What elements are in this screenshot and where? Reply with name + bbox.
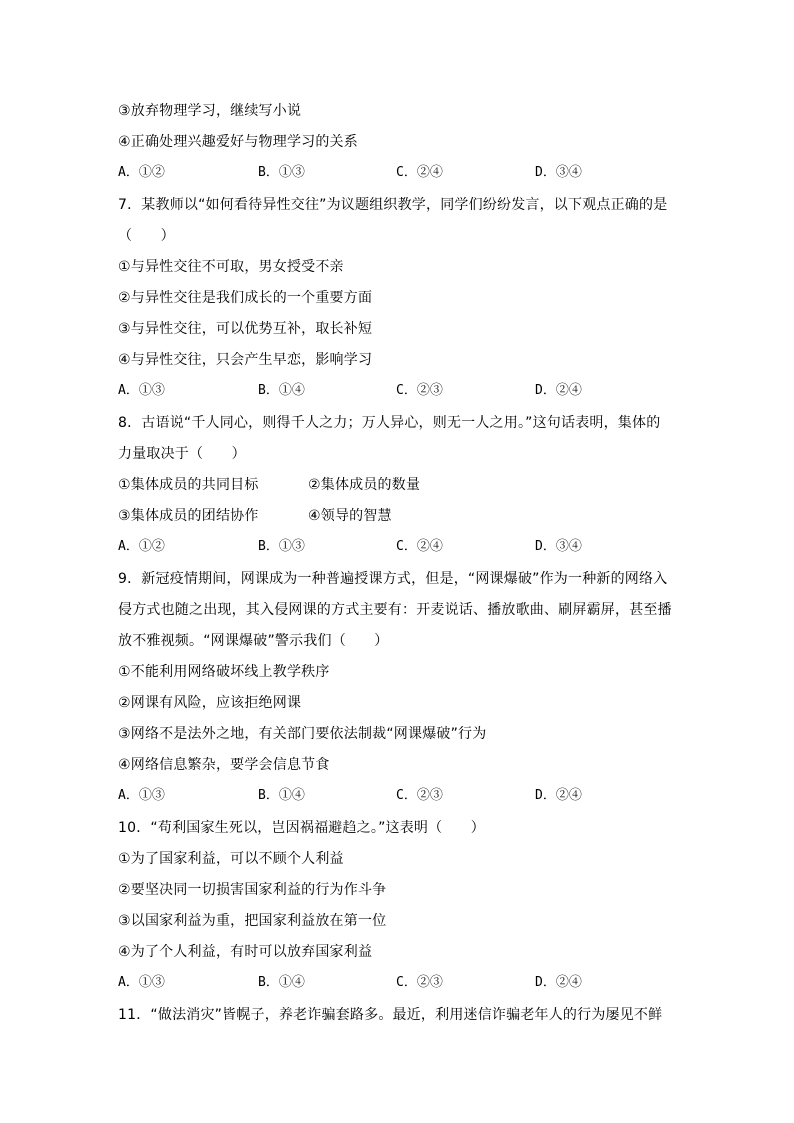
q9-item-3: ③网络不是法外之地，有关部门要依法制裁“网课爆破”行为 [118, 726, 486, 742]
q8-item-2: ②集体成员的数量 [308, 477, 420, 493]
q10-stem-line1: 10．“苟利国家生死以，岂因祸福避趋之。”这表明（ ） [118, 820, 485, 836]
q9-option-a: A．①③ [118, 788, 165, 804]
q10-item-4: ④为了个人利益，有时可以放弃国家利益 [118, 944, 372, 960]
q6-option-b: B．①③ [258, 165, 305, 181]
document-page: ③放弃物理学习，继续写小说 ④正确处理兴趣爱好与物理学习的关系 A．①② B．①… [0, 0, 794, 1123]
q9-stem-line2: 侵方式也随之出现，其入侵网课的方式主要有：开麦说话、播放歌曲、刷屏霸屏，甚至播 [118, 602, 672, 618]
q7-option-c: C．②③ [396, 383, 443, 399]
q9-item-1: ①不能利用网络破坏线上教学秩序 [118, 664, 330, 680]
q8-option-c: C．②④ [396, 539, 443, 555]
q7-item-3: ③与异性交往，可以优势互补，取长补短 [118, 321, 372, 337]
q8-item-4: ④领导的智慧 [308, 508, 392, 524]
q8-option-a: A．①② [118, 539, 165, 555]
q6-option-d: D．③④ [535, 165, 582, 181]
q7-item-1: ①与异性交往不可取，男女授受不亲 [118, 259, 344, 275]
q7-option-d: D．②④ [535, 383, 582, 399]
q6-item-4: ④正确处理兴趣爱好与物理学习的关系 [118, 134, 358, 150]
q10-item-1: ①为了国家利益，可以不顾个人利益 [118, 851, 344, 867]
q7-stem-line1: 7．某教师以“如何看待异性交往”为议题组织教学，同学们纷纷发言，以下观点正确的是 [118, 197, 667, 213]
q10-option-a: A．①③ [118, 975, 165, 991]
q8-option-b: B．①③ [258, 539, 305, 555]
q7-stem-line2: （ ） [118, 228, 175, 244]
q10-option-c: C．②③ [396, 975, 443, 991]
q9-stem-line1: 9．新冠疫情期间，网课成为一种普遍授课方式，但是，“网课爆破”作为一种新的网络入 [118, 571, 667, 587]
q10-option-d: D．②④ [535, 975, 582, 991]
q9-option-c: C．②③ [396, 788, 443, 804]
q6-option-c: C．②④ [396, 165, 443, 181]
q9-option-d: D．②④ [535, 788, 582, 804]
q8-option-d: D．③④ [535, 539, 582, 555]
q9-option-b: B．①④ [258, 788, 305, 804]
q11-stem-line1: 11．“做法消灾”皆幌子，养老诈骗套路多。最近，利用迷信诈骗老年人的行为屡见不鲜 [118, 1007, 662, 1023]
q7-option-a: A．①③ [118, 383, 165, 399]
q7-item-2: ②与异性交往是我们成长的一个重要方面 [118, 290, 372, 306]
q10-option-b: B．①④ [258, 975, 305, 991]
q8-item-1: ①集体成员的共同目标 [118, 477, 259, 493]
q7-option-b: B．①④ [258, 383, 305, 399]
q10-item-3: ③以国家利益为重，把国家利益放在第一位 [118, 913, 386, 929]
q10-item-2: ②要坚决同一切损害国家利益的行为作斗争 [118, 882, 386, 898]
q6-option-a: A．①② [118, 165, 165, 181]
q9-item-4: ④网络信息繁杂，要学会信息节食 [118, 757, 330, 773]
q8-item-3: ③集体成员的团结协作 [118, 508, 259, 524]
q7-item-4: ④与异性交往，只会产生早恋，影响学习 [118, 352, 372, 368]
q9-stem-line3: 放不雅视频。“网课爆破”警示我们（ ） [118, 633, 389, 649]
q8-stem-line1: 8．古语说“千人同心，则得千人之力；万人异心，则无一人之用。”这句话表明，集体的 [118, 415, 660, 431]
q8-stem-line2: 力量取决于（ ） [118, 446, 246, 462]
q9-item-2: ②网课有风险，应该拒绝网课 [118, 695, 301, 711]
q6-item-3: ③放弃物理学习，继续写小说 [118, 103, 301, 119]
